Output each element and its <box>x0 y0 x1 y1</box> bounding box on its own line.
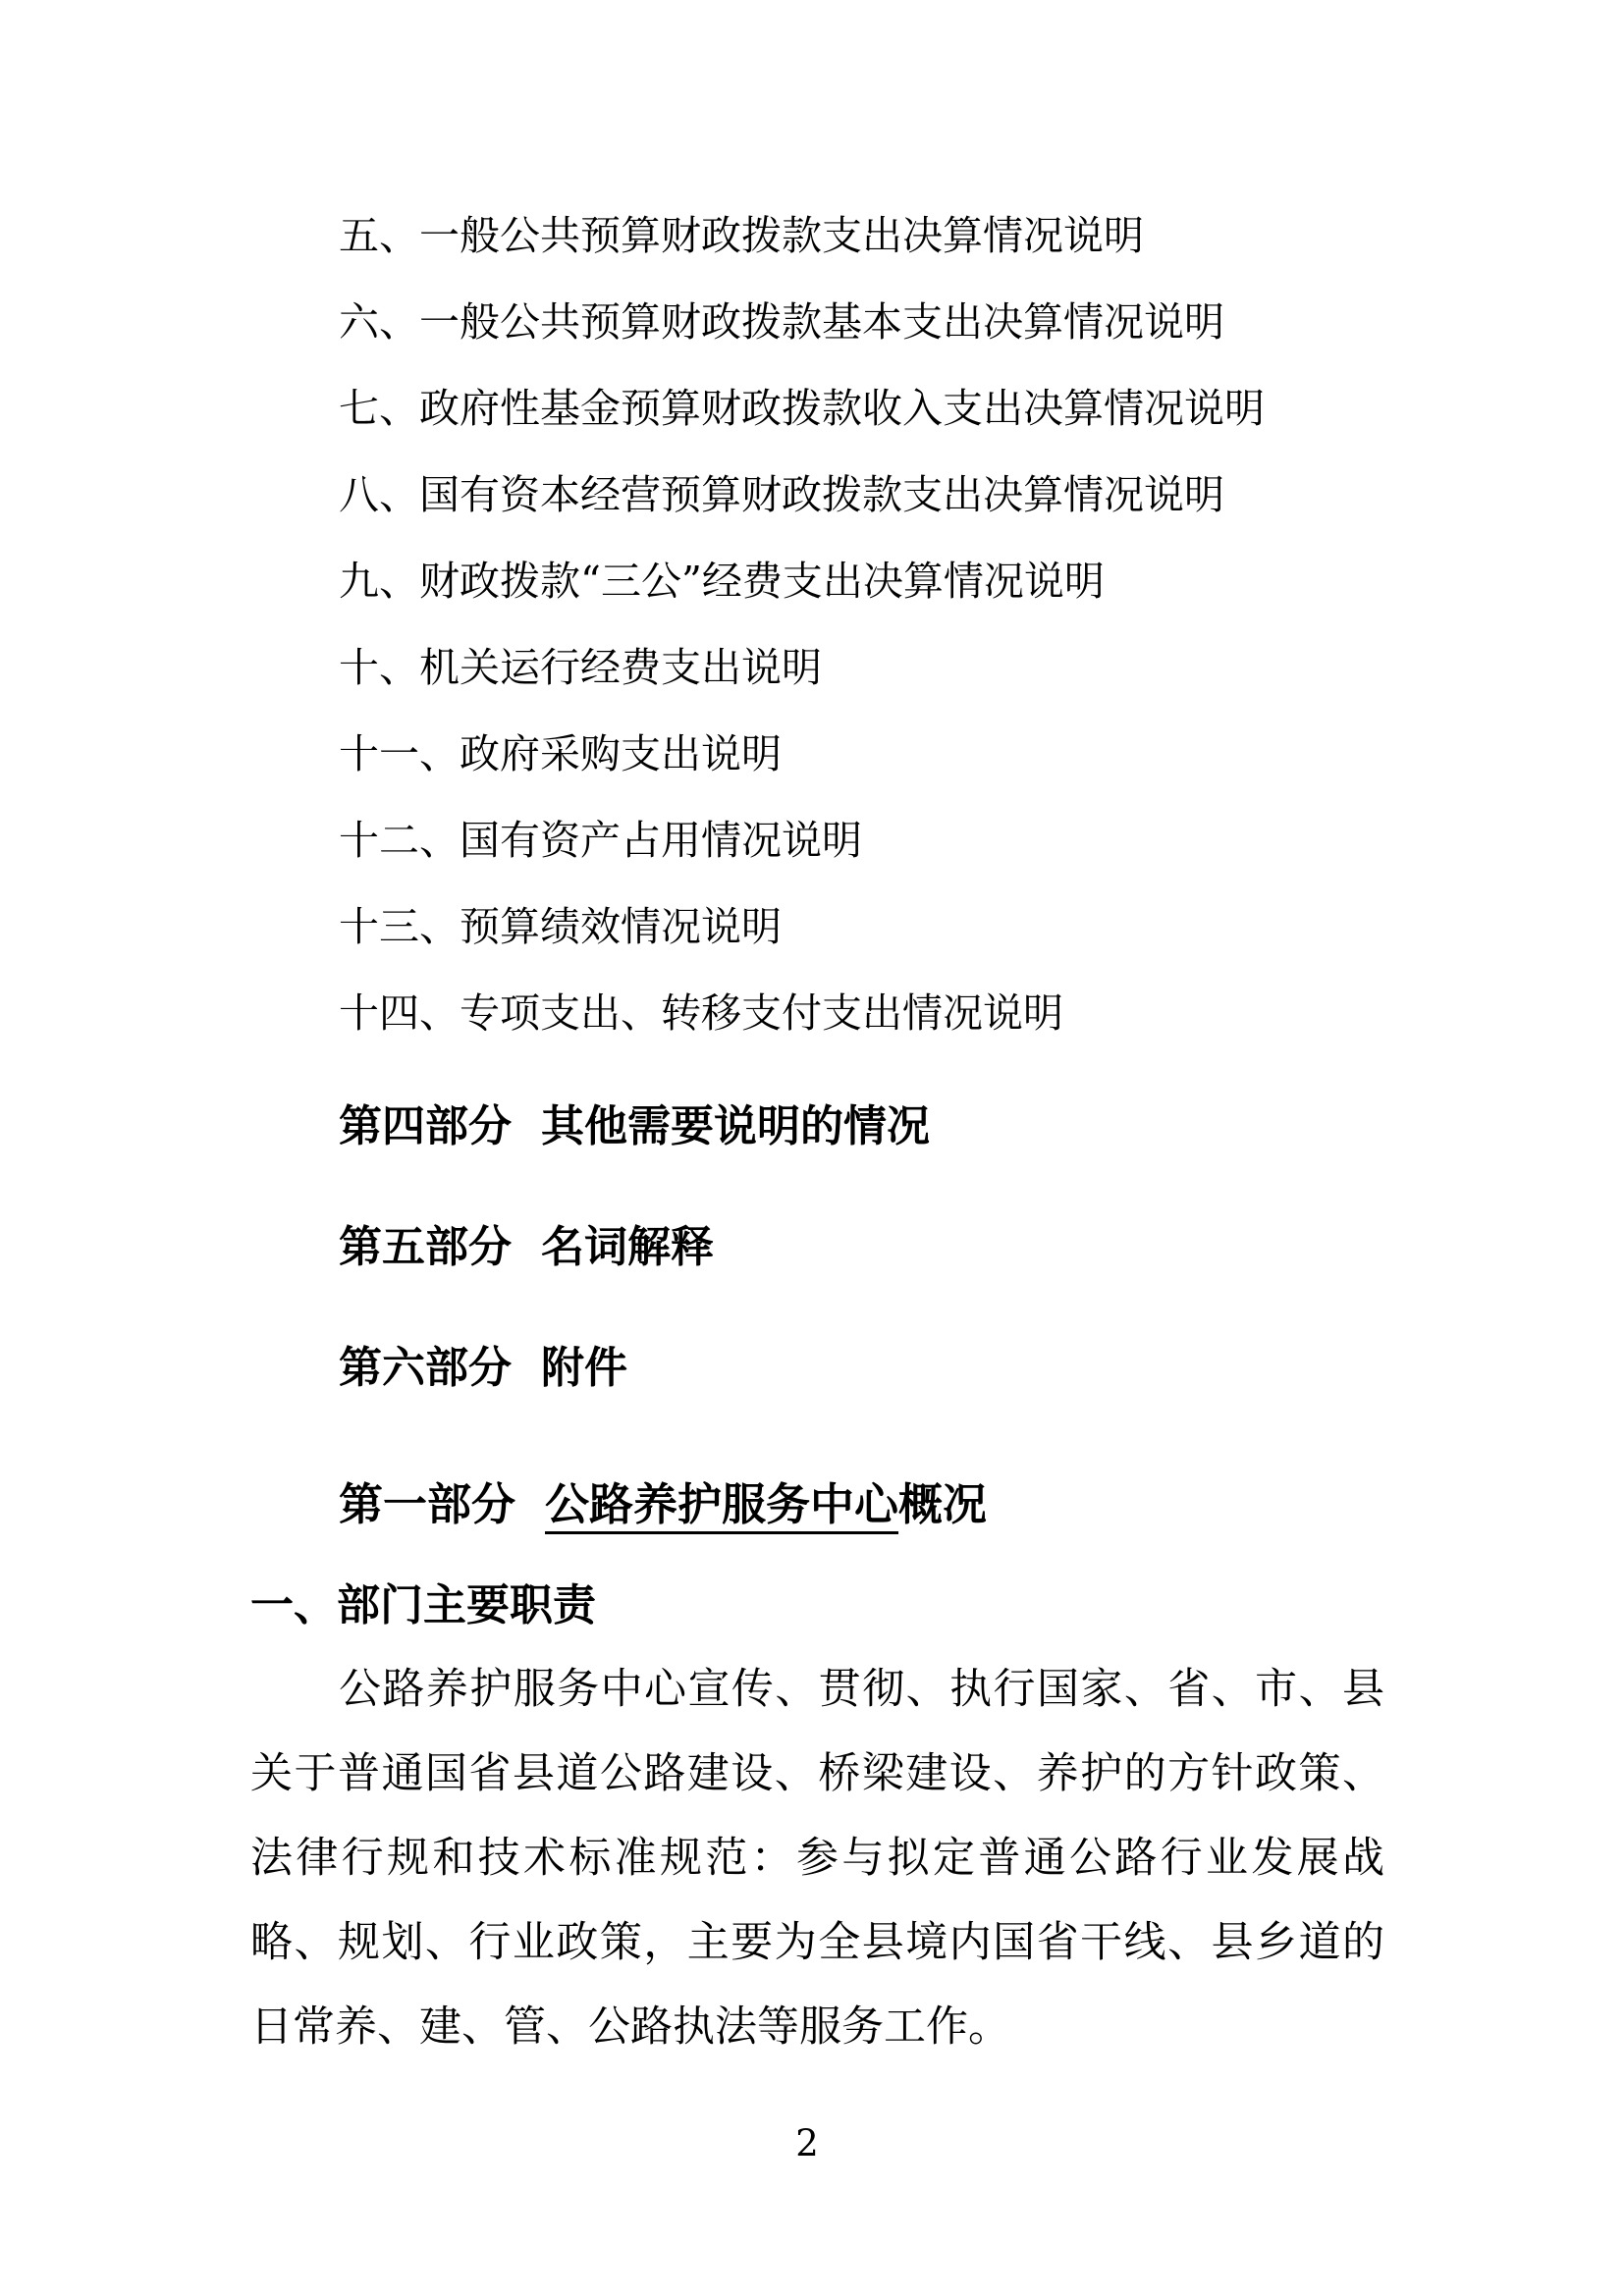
paragraph-line: 关于普通国省县道公路建设、桥梁建设、养护的方针政策、 <box>250 1732 1384 1816</box>
toc-item: 十一、政府采购支出说明 <box>250 711 1384 797</box>
duties-paragraph: 公路养护服务中心宣传、贯彻、执行国家、省、市、县 关于普通国省县道公路建设、桥梁… <box>250 1647 1384 2069</box>
toc-item: 十二、国有资产占用情况说明 <box>250 797 1384 883</box>
document-page: 五、一般公共预算财政拨款支出决算情况说明 六、一般公共预算财政拨款基本支出决算情… <box>0 0 1624 2296</box>
part-title: 附件 <box>541 1343 627 1393</box>
page-number: 2 <box>0 2118 1614 2169</box>
section-one-name: 公路养护服务中心概况 <box>545 1478 987 1530</box>
section-one-name-rest: 概况 <box>898 1478 987 1530</box>
part-title: 名词解释 <box>541 1222 714 1272</box>
toc-item: 十四、专项支出、转移支付支出情况说明 <box>250 970 1384 1056</box>
part-label: 第六部分 <box>339 1343 512 1393</box>
toc-item: 五、一般公共预算财政拨款支出决算情况说明 <box>250 192 1384 279</box>
document-content: 五、一般公共预算财政拨款支出决算情况说明 六、一般公共预算财政拨款基本支出决算情… <box>250 192 1384 2069</box>
section-one-name-underlined: 公路养护服务中心 <box>545 1478 898 1530</box>
toc-item: 十三、预算绩效情况说明 <box>250 883 1384 970</box>
part-heading-four: 第四部分其他需要说明的情况 <box>250 1066 1384 1187</box>
part-headings: 第四部分其他需要说明的情况 第五部分名词解释 第六部分附件 <box>250 1066 1384 1428</box>
section-one-label: 第一部分 <box>339 1478 515 1530</box>
part-title: 其他需要说明的情况 <box>541 1101 930 1151</box>
paragraph-line: 略、规划、行业政策，主要为全县境内国省干线、县乡道的 <box>250 1900 1384 1985</box>
part-heading-six: 第六部分附件 <box>250 1308 1384 1428</box>
table-of-contents: 五、一般公共预算财政拨款支出决算情况说明 六、一般公共预算财政拨款基本支出决算情… <box>250 192 1384 1056</box>
toc-item: 九、财政拨款“三公”经费支出决算情况说明 <box>250 538 1384 624</box>
paragraph-line: 日常养、建、管、公路执法等服务工作。 <box>250 1985 1384 2069</box>
toc-item: 七、政府性基金预算财政拨款收入支出决算情况说明 <box>250 365 1384 452</box>
duties-heading: 一、部门主要职责 <box>250 1565 1384 1647</box>
toc-item: 十、机关运行经费支出说明 <box>250 624 1384 711</box>
part-label: 第四部分 <box>339 1101 512 1151</box>
section-one-title: 第一部分公路养护服务中心概况 <box>250 1444 1384 1565</box>
paragraph-line: 公路养护服务中心宣传、贯彻、执行国家、省、市、县 <box>250 1647 1384 1732</box>
part-label: 第五部分 <box>339 1222 512 1272</box>
part-heading-five: 第五部分名词解释 <box>250 1187 1384 1308</box>
toc-item: 八、国有资本经营预算财政拨款支出决算情况说明 <box>250 452 1384 538</box>
toc-item: 六、一般公共预算财政拨款基本支出决算情况说明 <box>250 279 1384 365</box>
paragraph-line: 法律行规和技术标准规范：参与拟定普通公路行业发展战 <box>250 1816 1384 1900</box>
